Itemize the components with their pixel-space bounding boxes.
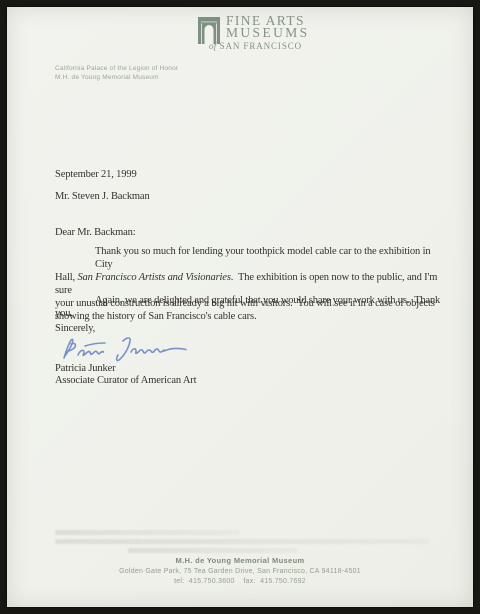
scanned-letter-frame: FINE ARTS MUSEUMS of SAN FRANCISCO Calif… xyxy=(0,0,480,614)
signer-name: Patricia Junker xyxy=(55,363,115,374)
exhibition-title: San Francisco Artists and Visionaries xyxy=(77,272,230,283)
ghost-line xyxy=(55,530,240,535)
footer-tel-fax: tel: 415.750.3600 fax: 415.750.7692 xyxy=(7,578,473,585)
ghost-line xyxy=(55,539,429,544)
letterhead-logo: FINE ARTS MUSEUMS of SAN FRANCISCO xyxy=(198,15,310,51)
logo-line-museums: MUSEUMS xyxy=(226,27,310,40)
paragraph-1-line-1: Thank you so much for lending your tooth… xyxy=(55,245,445,271)
logo-line-of-san-francisco: of SAN FRANCISCO xyxy=(209,41,310,51)
letter-recipient: Mr. Steven J. Backman xyxy=(55,191,150,202)
letter-date: September 21, 1999 xyxy=(55,169,137,180)
letter-footer: M.H. de Young Memorial Museum Golden Gat… xyxy=(7,556,473,585)
letterhead-logo-text: FINE ARTS MUSEUMS of SAN FRANCISCO xyxy=(226,15,310,51)
paragraph-2-line-1: Again, we are delighted and grateful tha… xyxy=(55,294,445,307)
institution-legion-of-honor: California Palace of the Legion of Honor xyxy=(55,65,178,74)
letterhead-institutions: California Palace of the Legion of Honor… xyxy=(55,65,178,82)
footer-museum-name: M.H. de Young Memorial Museum xyxy=(7,556,473,565)
letter-salutation: Dear Mr. Backman: xyxy=(55,227,136,238)
footer-address: Golden Gate Park, 75 Tea Garden Drive, S… xyxy=(7,568,473,575)
paragraph-2-line-2: you. xyxy=(55,307,445,320)
p1l2-pre: Hall, xyxy=(55,272,77,283)
letter-paragraph-2: Again, we are delighted and grateful tha… xyxy=(55,294,445,320)
logo-san-francisco: SAN FRANCISCO xyxy=(216,41,302,51)
show-through-artifact xyxy=(55,530,441,557)
signer-title: Associate Curator of American Art xyxy=(55,375,196,386)
letter-paper: FINE ARTS MUSEUMS of SAN FRANCISCO Calif… xyxy=(7,7,473,607)
ghost-line xyxy=(128,548,298,553)
institution-de-young: M.H. de Young Memorial Museum xyxy=(55,74,178,83)
